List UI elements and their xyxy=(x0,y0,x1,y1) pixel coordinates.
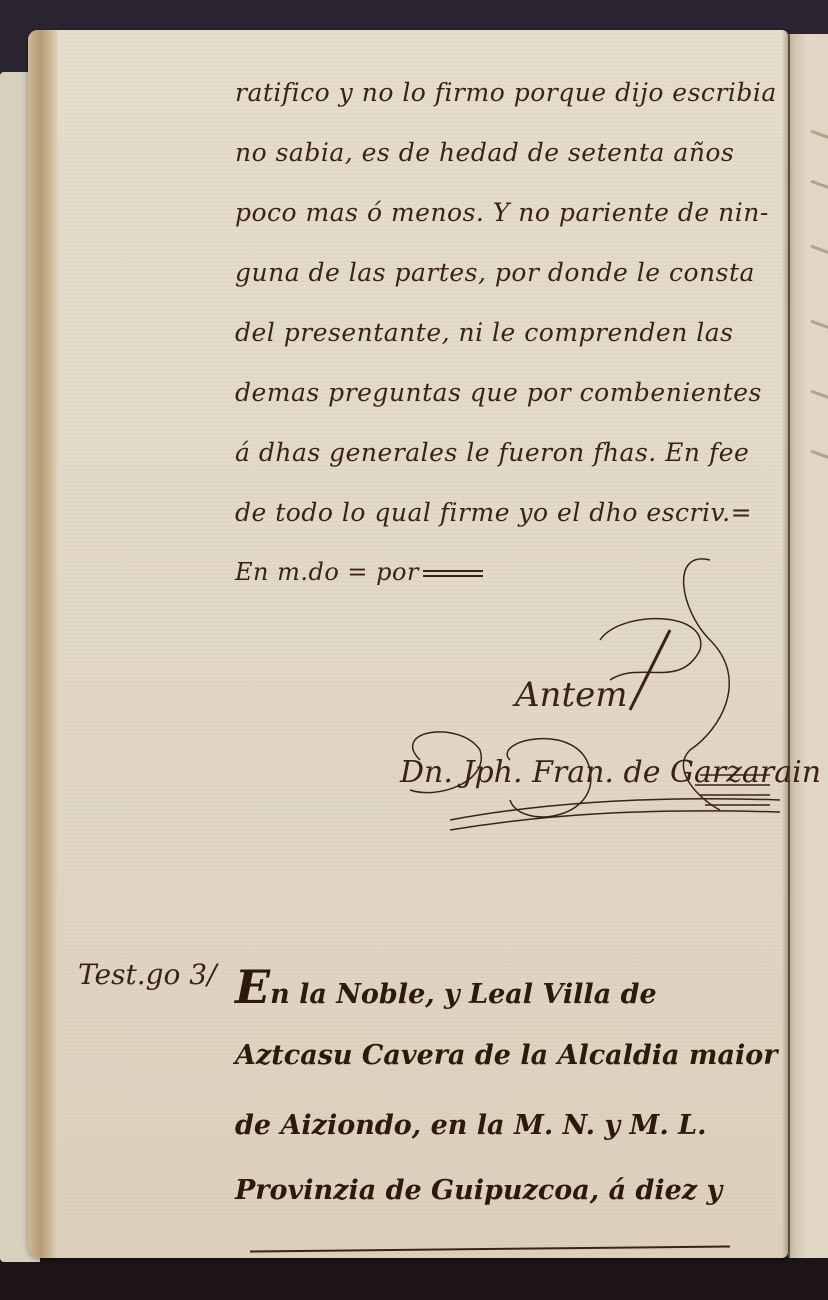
text-line: guna de las partes, por donde le consta xyxy=(235,258,755,287)
bleed-through-mark xyxy=(810,130,828,142)
page-gutter-shadow xyxy=(782,30,788,1258)
text-line: poco mas ó menos. Y no pariente de nin- xyxy=(235,198,769,227)
bleed-through-mark xyxy=(810,180,828,192)
text-line: de todo lo qual firme yo el dho escriv.= xyxy=(235,498,752,527)
signature-antem: Antem xyxy=(515,675,627,715)
decorated-initial: E xyxy=(235,960,270,1014)
text-line: ratifico y no lo firmo porque dijo escri… xyxy=(235,78,777,107)
text-line-content: n la Noble, y Leal Villa de xyxy=(270,979,657,1010)
text-line: En la Noble, y Leal Villa de xyxy=(235,960,657,1014)
bleed-through-mark xyxy=(810,320,828,332)
bleed-through-mark xyxy=(810,450,828,462)
page-binding-edge xyxy=(28,30,58,1258)
text-line: á dhas generales le fueron fhas. En fee xyxy=(235,438,749,467)
text-line: Provinzia de Guipuzcoa, á diez y xyxy=(235,1175,722,1206)
text-line: Aztcasu Cavera de la Alcaldia maior xyxy=(235,1040,777,1071)
signature-garzarain: Dn. Jph. Fran. de Garzarain xyxy=(400,755,821,790)
bleed-through-mark xyxy=(810,390,828,402)
signature-block: Antem Dn. Jph. Fran. de Garzarain xyxy=(380,550,780,850)
facing-page xyxy=(788,34,828,1258)
text-line: no sabia, es de hedad de setenta años xyxy=(235,138,734,167)
text-line: del presentante, ni le comprenden las xyxy=(235,318,733,347)
text-line: de Aiziondo, en la M. N. y M. L. xyxy=(235,1110,707,1141)
text-line: demas preguntas que por combenientes xyxy=(235,378,762,407)
margin-note: Test.go 3/ xyxy=(78,958,217,991)
bleed-through-mark xyxy=(810,245,828,257)
